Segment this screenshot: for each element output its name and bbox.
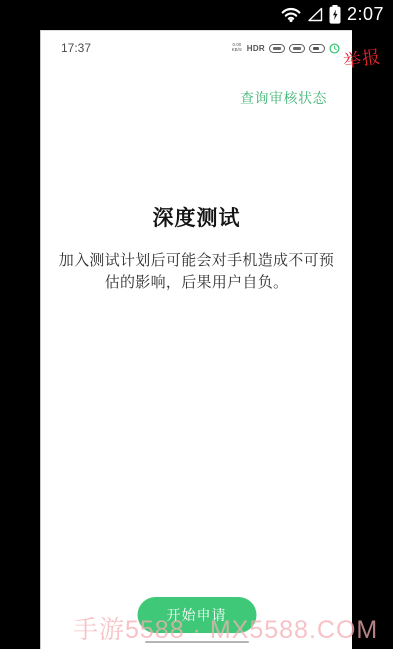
network-speed-indicator: 0.00 KB/S: [231, 43, 242, 53]
description-line-1: 加入测试计划后可能会对手机造成不可预: [59, 252, 334, 269]
screenshot-status-bar: 17:37 0.00 KB/S HDR: [41, 39, 352, 57]
alarm-clock-icon: [329, 43, 340, 54]
network-speed-unit: KB/S: [232, 48, 242, 53]
wifi-icon: [281, 7, 301, 23]
hdr-indicator: HDR: [247, 44, 265, 53]
home-indicator[interactable]: [145, 641, 249, 643]
sim2-signal-icon: [289, 44, 305, 53]
app-screenshot: 17:37 0.00 KB/S HDR 查询审核状态 深度测试: [40, 30, 352, 649]
query-review-status-link[interactable]: 查询审核状态: [240, 88, 327, 108]
screenshot-clock: 17:37: [61, 41, 91, 55]
device-clock: 2:07: [347, 4, 384, 25]
screenshot-status-icons: 0.00 KB/S HDR: [231, 39, 340, 57]
description-line-2: 估的影响，后果用户自负。: [105, 274, 289, 291]
signal-triangle-icon: [307, 7, 323, 22]
report-link[interactable]: 举报: [341, 42, 382, 73]
sim1-signal-icon: [269, 44, 285, 53]
battery-charging-icon: [329, 5, 341, 24]
start-apply-button[interactable]: 开始申请: [137, 597, 256, 633]
warning-description: 加入测试计划后可能会对手机造成不可预 估的影响，后果用户自负。: [41, 250, 352, 294]
device-status-bar: 2:07: [0, 0, 393, 29]
page-title: 深度测试: [41, 202, 352, 232]
battery-icon: [309, 44, 325, 53]
device-frame: 2:07 17:37 0.00 KB/S HDR: [0, 0, 393, 649]
